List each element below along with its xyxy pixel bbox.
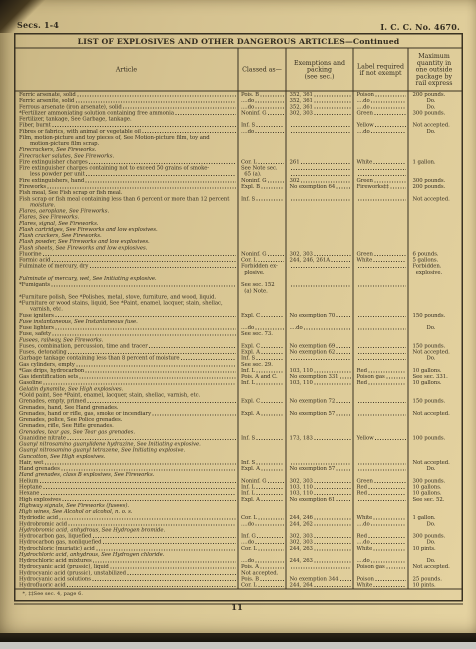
dot-leader [43, 488, 236, 489]
dot-leader [314, 255, 351, 256]
dot-leader [314, 371, 351, 372]
dot-leader [374, 519, 406, 520]
dot-leader [368, 488, 406, 489]
dot-leader [256, 371, 284, 372]
dot-leader [358, 500, 406, 501]
dot-leader [40, 482, 236, 483]
dot-leader [268, 114, 284, 115]
running-head-sections: Secs. 1-4 [17, 20, 59, 30]
dot-leader [332, 261, 351, 262]
dot-leader [262, 316, 284, 317]
dot-leader [314, 384, 351, 385]
dot-leader [371, 108, 406, 109]
dot-leader [181, 359, 236, 360]
dot-leader [314, 108, 351, 109]
cell-a: Hydrofluoric acid [16, 582, 239, 588]
dot-leader [257, 126, 284, 127]
dot-leader [314, 494, 351, 495]
dot-leader [301, 163, 351, 164]
dot-leader [257, 200, 284, 201]
dot-leader [142, 132, 236, 133]
dot-leader [291, 126, 351, 127]
cell-q: 10 pints. [409, 582, 460, 588]
dot-leader [358, 175, 406, 176]
dot-leader [291, 568, 351, 569]
dot-leader [89, 163, 236, 164]
dot-leader [390, 187, 406, 188]
table-title: LIST OF EXPLOSIVES AND OTHER DANGEROUS A… [16, 35, 462, 49]
dot-leader [256, 525, 284, 526]
dot-leader [291, 169, 351, 170]
dot-leader [368, 494, 406, 495]
dot-leader [371, 562, 406, 563]
dot-leader [77, 95, 236, 96]
dot-leader [256, 384, 284, 385]
dot-leader [256, 543, 284, 544]
dot-leader [371, 132, 406, 133]
dot-leader [375, 95, 406, 96]
dot-leader [53, 335, 236, 336]
dot-leader [262, 187, 284, 188]
dot-leader [257, 439, 284, 440]
dot-leader [256, 108, 284, 109]
dot-leader [337, 500, 351, 501]
column-header: Maximum quantity in one outside package … [409, 49, 460, 91]
dot-leader [291, 286, 351, 287]
cell-e: 244, 264 [287, 582, 354, 588]
dot-leader [52, 126, 236, 127]
dot-leader [128, 574, 237, 575]
column-header: Article [16, 49, 239, 91]
dot-leader [268, 181, 284, 182]
dot-leader [314, 482, 351, 483]
dot-leader [374, 261, 406, 262]
dot-leader [261, 353, 284, 354]
dot-leader [261, 95, 284, 96]
dot-leader [358, 328, 406, 329]
dot-leader [314, 543, 351, 544]
dot-leader [291, 132, 351, 133]
dot-leader [358, 347, 406, 348]
dot-leader [76, 365, 236, 366]
dot-leader [314, 537, 351, 538]
dot-leader [314, 114, 351, 115]
dot-leader [368, 371, 406, 372]
dot-leader [52, 261, 236, 262]
dot-leader [149, 347, 236, 348]
dot-leader [262, 402, 284, 403]
dot-leader [291, 359, 351, 360]
dot-leader [261, 470, 284, 471]
dot-leader [86, 371, 236, 372]
dot-leader [96, 549, 236, 550]
dot-leader [358, 267, 406, 268]
dot-leader [93, 562, 236, 563]
dot-leader [44, 384, 236, 385]
dot-leader [375, 126, 406, 127]
column-header: Exemptions and packing (see sec.) [287, 49, 354, 91]
dot-leader [375, 580, 406, 581]
dot-leader [337, 353, 351, 354]
dot-leader [80, 378, 236, 379]
dot-leader [337, 414, 351, 415]
dot-leader [374, 163, 406, 164]
dot-leader [314, 488, 351, 489]
table-row: Hydrofluoric acidCor. L244, 264White10 p… [16, 582, 462, 588]
dot-leader [261, 414, 284, 415]
dot-leader [337, 187, 351, 188]
dot-leader [55, 316, 236, 317]
dot-leader [86, 175, 236, 176]
dot-leader [358, 402, 406, 403]
dot-leader [358, 470, 406, 471]
dot-leader [374, 586, 406, 587]
column-headers: ArticleClassed as—Exemptions and packing… [16, 49, 462, 92]
dot-leader [60, 519, 236, 520]
dot-leader [262, 347, 284, 348]
dot-leader [268, 255, 284, 256]
dot-leader [368, 384, 406, 385]
dot-leader [41, 494, 236, 495]
scanned-document: Secs. 1-4 I. C. C. No. 4670. LIST OF EXP… [0, 0, 476, 649]
dot-leader [358, 463, 406, 464]
dot-leader [314, 519, 351, 520]
page-bottom-edge [0, 633, 476, 642]
dot-leader [291, 267, 351, 268]
dot-leader [123, 108, 236, 109]
dot-leader [256, 494, 284, 495]
dot-leader [386, 378, 406, 379]
dot-leader [374, 114, 406, 115]
dot-leader [386, 568, 406, 569]
dot-leader [371, 525, 406, 526]
cell-c: Cor. L [239, 582, 287, 588]
dot-leader [257, 537, 284, 538]
dot-leader [358, 414, 406, 415]
dot-leader [314, 439, 351, 440]
dot-leader [67, 586, 236, 587]
dot-leader [256, 562, 284, 563]
dot-leader [314, 525, 351, 526]
dot-leader [88, 402, 236, 403]
dot-leader [337, 402, 351, 403]
dot-leader [153, 414, 236, 415]
dot-leader [374, 255, 406, 256]
dot-leader [260, 568, 284, 569]
dot-leader [256, 102, 284, 103]
dot-leader [291, 463, 351, 464]
dot-leader [358, 316, 406, 317]
dot-leader [291, 200, 351, 201]
dot-leader [268, 482, 284, 483]
dot-leader [256, 328, 284, 329]
dot-leader [358, 359, 406, 360]
dot-leader [337, 347, 351, 348]
dot-leader [76, 102, 236, 103]
dot-leader [110, 568, 236, 569]
dot-leader [261, 580, 284, 581]
dot-leader [86, 181, 236, 182]
dot-leader [374, 482, 406, 483]
dot-leader [67, 439, 236, 440]
dot-leader [314, 549, 351, 550]
dot-leader [301, 181, 351, 182]
footnote: *, ‡‡See sec. 4, page 6. [16, 588, 462, 600]
dot-leader [374, 549, 406, 550]
paper-page: Secs. 1-4 I. C. C. No. 4670. LIST OF EXP… [0, 0, 476, 634]
dot-leader [92, 580, 236, 581]
dot-leader [314, 586, 351, 587]
column-header: Label required if not exempt [354, 49, 409, 91]
dot-leader [258, 163, 284, 164]
dot-leader [375, 439, 406, 440]
dot-leader [55, 328, 236, 329]
dot-leader [175, 114, 236, 115]
dot-leader [304, 328, 351, 329]
dot-leader [314, 95, 351, 96]
dot-leader [371, 543, 406, 544]
cell-l: White [354, 582, 409, 588]
dot-leader [340, 378, 351, 379]
dot-leader [261, 500, 284, 501]
dot-leader [68, 353, 236, 354]
dot-leader [256, 488, 284, 489]
dot-leader [371, 102, 406, 103]
dot-leader [61, 470, 236, 471]
dot-leader [314, 562, 351, 563]
dot-leader [340, 580, 351, 581]
dot-leader [358, 200, 406, 201]
dot-leader [337, 470, 351, 471]
dot-leader [45, 463, 236, 464]
dot-leader [258, 261, 284, 262]
column-header: Classed as— [239, 49, 287, 91]
dot-leader [257, 359, 284, 360]
page-number: 11 [14, 603, 460, 613]
dot-leader [103, 543, 236, 544]
dot-leader [258, 586, 284, 587]
dot-leader [258, 519, 284, 520]
dot-leader [52, 286, 236, 287]
dot-leader [374, 181, 406, 182]
dot-leader [368, 537, 406, 538]
dot-leader [258, 549, 284, 550]
table-body: Ferric arsenate, solidPois. B352, 361Poi… [16, 92, 462, 589]
dot-leader [63, 500, 236, 501]
dot-leader [291, 175, 351, 176]
dot-leader [43, 255, 236, 256]
dot-leader [257, 463, 284, 464]
dot-leader [358, 286, 406, 287]
dot-leader [48, 187, 236, 188]
dangerous-articles-table: LIST OF EXPLOSIVES AND OTHER DANGEROUS A… [14, 33, 463, 601]
dot-leader [314, 102, 351, 103]
dot-leader [358, 169, 406, 170]
dot-leader [90, 267, 236, 268]
dot-leader [358, 353, 406, 354]
dot-leader [69, 525, 236, 526]
dot-leader [256, 132, 284, 133]
dot-leader [337, 316, 351, 317]
dot-leader [93, 537, 236, 538]
